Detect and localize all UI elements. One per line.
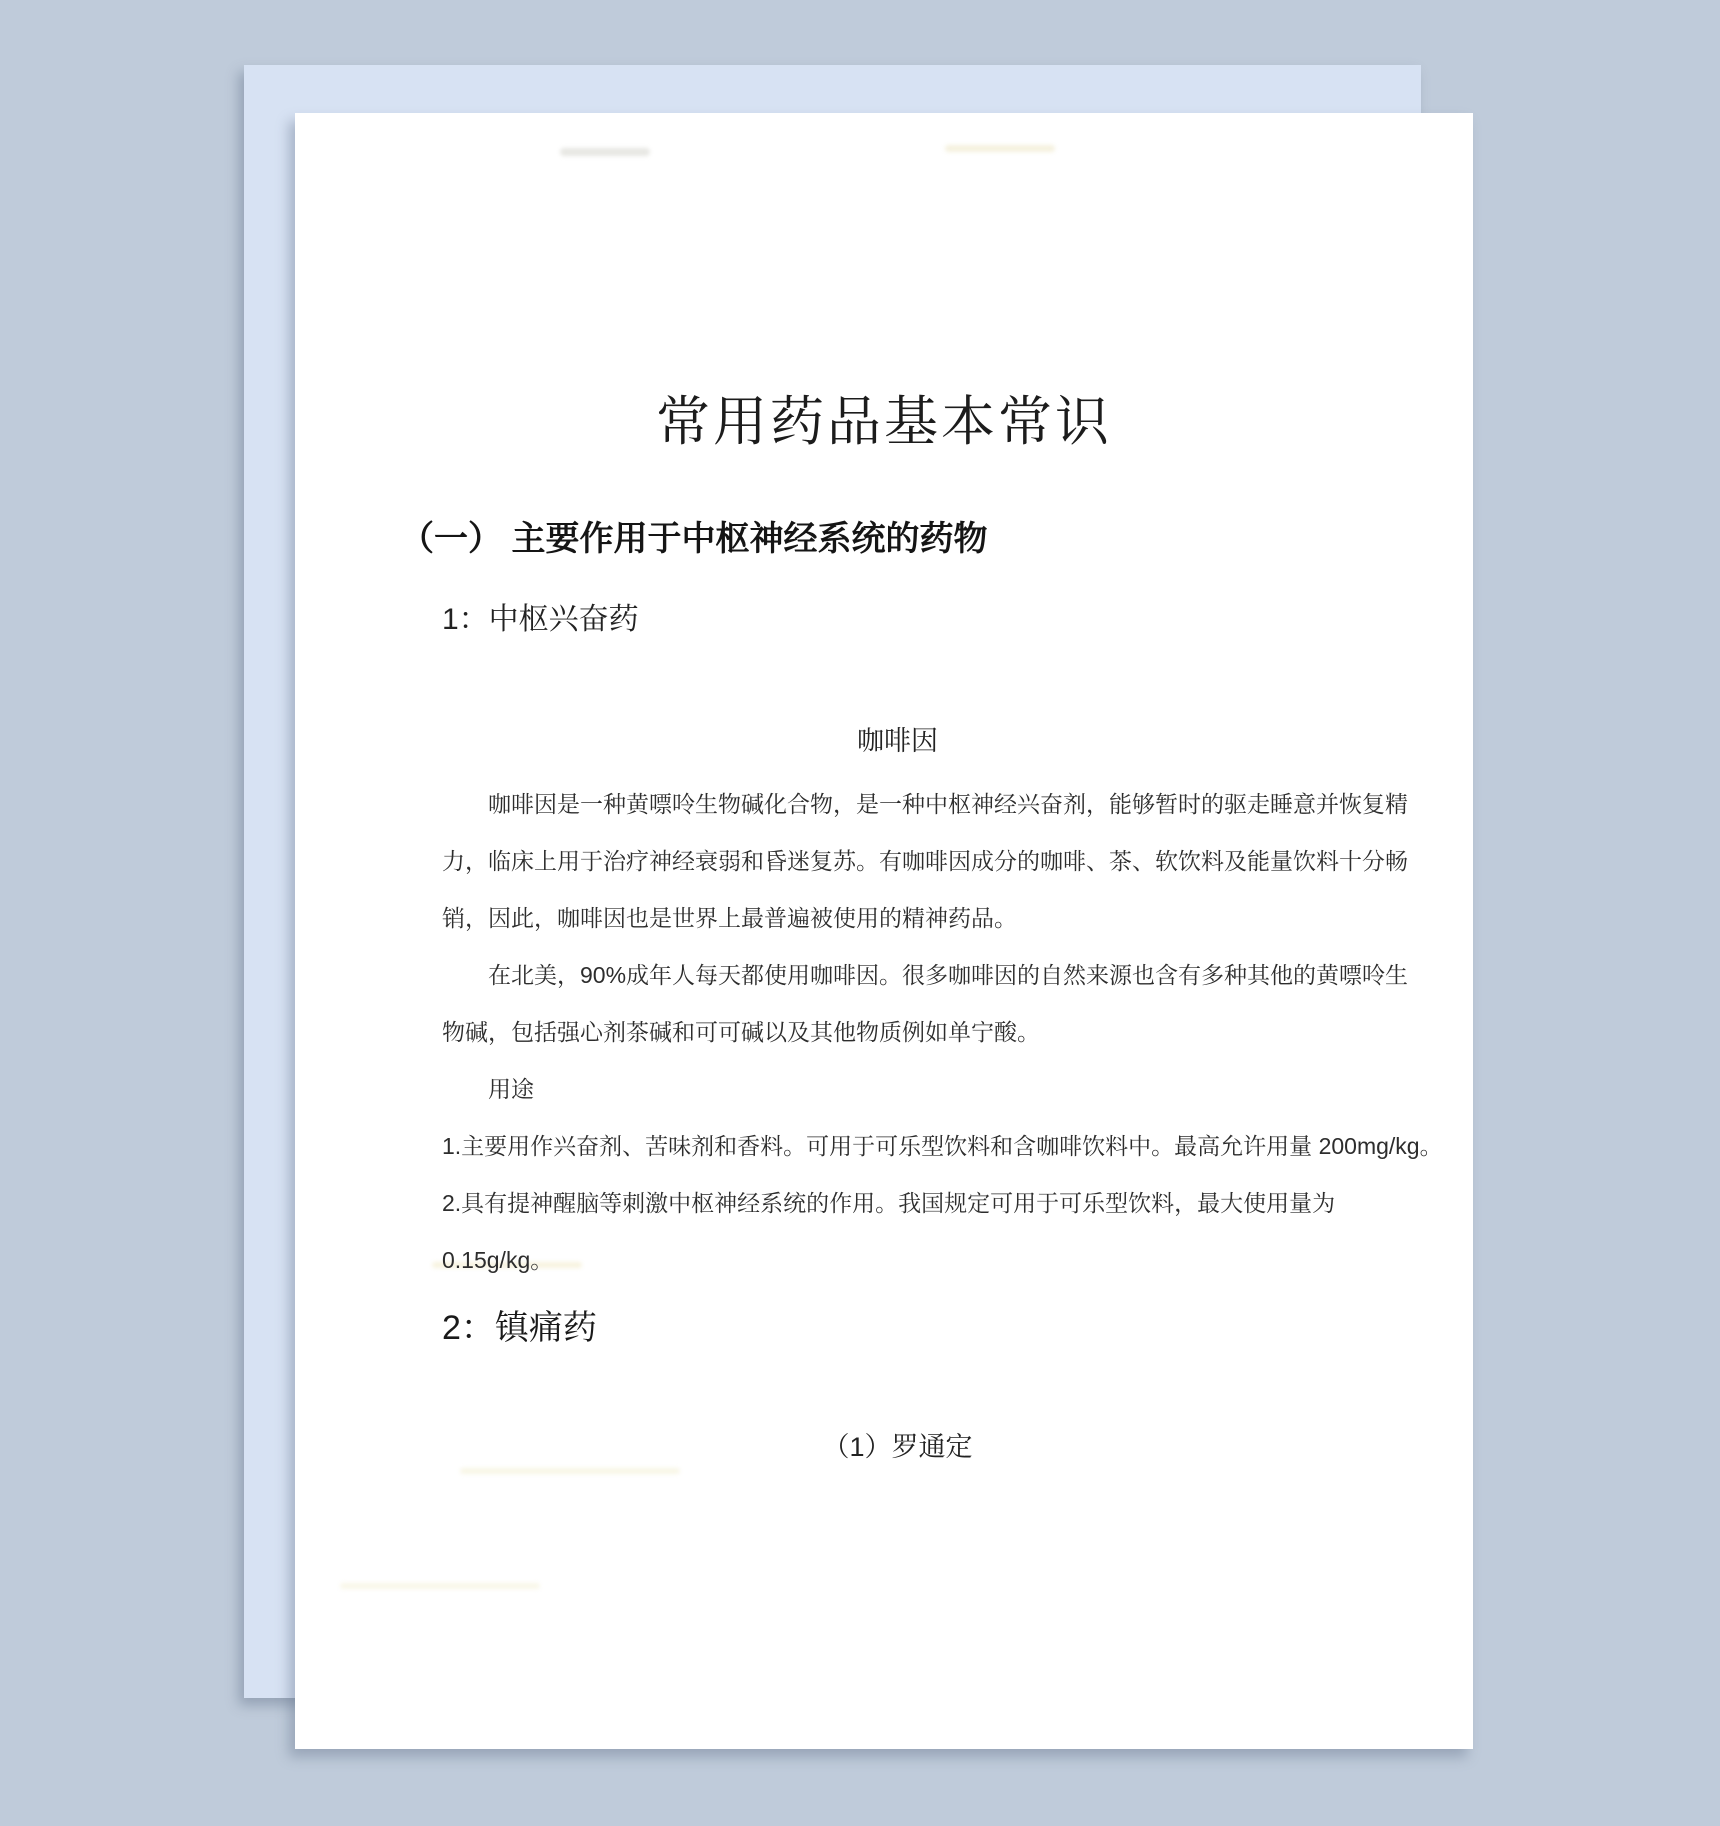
document-title: 常用药品基本常识 bbox=[295, 387, 1473, 457]
subsection-2-heading: 2：镇痛药 bbox=[442, 1304, 597, 1352]
smudge-artifact bbox=[460, 1468, 680, 1474]
body-line: 力，临床上用于治疗神经衰弱和昏迷复苏。有咖啡因成分的咖啡、茶、软饮料及能量饮料十… bbox=[442, 833, 1353, 890]
desk-background: { "document": { "title": "常用药品基本常识", "se… bbox=[0, 0, 1720, 1826]
body-line: 2.具有提神醒脑等刺激中枢神经系统的作用。我国规定可用于可乐型饮料，最大使用量为 bbox=[442, 1175, 1353, 1232]
smudge-artifact bbox=[945, 145, 1055, 152]
body-line: 咖啡因是一种黄嘌呤生物碱化合物，是一种中枢神经兴奋剂，能够暂时的驱走睡意并恢复精 bbox=[442, 776, 1353, 833]
drug-2-heading: （1）罗通定 bbox=[442, 1426, 1353, 1468]
drug-1-body-text: 咖啡因是一种黄嘌呤生物碱化合物，是一种中枢神经兴奋剂，能够暂时的驱走睡意并恢复精… bbox=[442, 776, 1353, 1289]
body-line: 销，因此，咖啡因也是世界上最普遍被使用的精神药品。 bbox=[442, 890, 1353, 947]
body-line: 用途 bbox=[442, 1061, 1353, 1118]
smudge-artifact bbox=[560, 148, 650, 156]
subsection-1-heading: 1：中枢兴奋药 bbox=[442, 598, 639, 642]
drug-1-heading: 咖啡因 bbox=[442, 720, 1353, 762]
section-1-heading: （一） 主要作用于中枢神经系统的药物 bbox=[400, 515, 987, 563]
body-line: 物碱，包括强心剂茶碱和可可碱以及其他物质例如单宁酸。 bbox=[442, 1004, 1353, 1061]
body-line: 在北美，90%成年人每天都使用咖啡因。很多咖啡因的自然来源也含有多种其他的黄嘌呤… bbox=[442, 947, 1353, 1004]
smudge-artifact bbox=[340, 1583, 540, 1589]
body-line: 1.主要用作兴奋剂、苦味剂和香料。可用于可乐型饮料和含咖啡饮料中。最高允许用量 … bbox=[442, 1118, 1353, 1175]
document-page: 常用药品基本常识 （一） 主要作用于中枢神经系统的药物 1：中枢兴奋药 咖啡因 … bbox=[295, 113, 1473, 1749]
body-line: 0.15g/kg。 bbox=[442, 1232, 1353, 1289]
